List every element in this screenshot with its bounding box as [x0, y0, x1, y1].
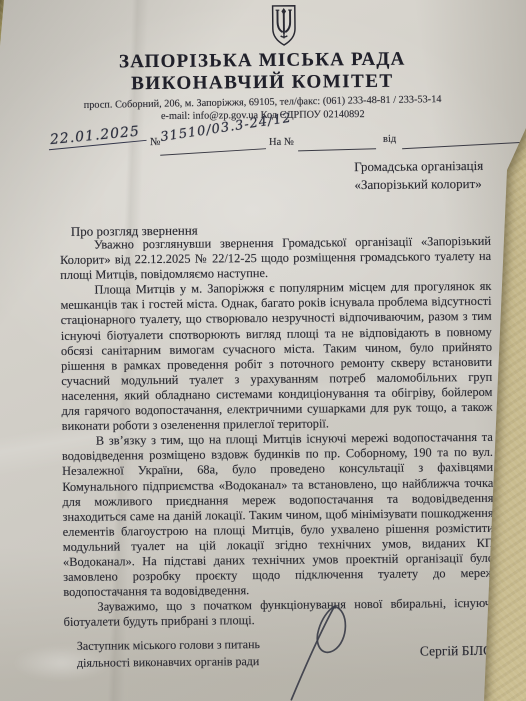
paper-shadow: ЗАПОРІЗЬКА МІСЬКА РАДА ВИКОНАВЧИЙ КОМІТЕ… [0, 0, 526, 701]
signer-position: Заступник міського голови з питань діяль… [77, 636, 297, 671]
document-paper: ЗАПОРІЗЬКА МІСЬКА РАДА ВИКОНАВЧИЙ КОМІТЕ… [0, 0, 526, 701]
trident-emblem-icon [267, 2, 301, 50]
addressee-block: Громадська організація «Запорізький коло… [354, 157, 483, 194]
handwritten-signature [274, 597, 370, 701]
photo-background: ЗАПОРІЗЬКА МІСЬКА РАДА ВИКОНАВЧИЙ КОМІТЕ… [0, 0, 526, 701]
form-line [298, 147, 376, 151]
addressee-line1: Громадська організація [354, 157, 483, 176]
incoming-number-label: На № [269, 137, 294, 148]
body-paragraph: Уважно розглянувши звернення Громадської… [60, 234, 491, 283]
from-date-label: від [383, 134, 396, 145]
number-sign-label: № [150, 136, 161, 148]
form-line [402, 141, 520, 149]
letter-content: ЗАПОРІЗЬКА МІСЬКА РАДА ВИКОНАВЧИЙ КОМІТЕ… [0, 0, 526, 701]
body-paragraph: Площа Митців у м. Запоріжжя є популярним… [60, 279, 492, 434]
letter-body: Уважно розглянувши звернення Громадської… [60, 234, 495, 631]
form-line [160, 147, 266, 156]
signer-position-line2: діяльності виконавчих органів ради [77, 652, 297, 671]
signer-name: Сергій БІЛОВ [420, 643, 502, 660]
body-paragraph: В зв’язку з тим, що на площі Митців існу… [62, 430, 495, 600]
organization-department: ВИКОНАВЧИЙ КОМІТЕТ [0, 69, 526, 96]
handwritten-date: 22.01.2025 [47, 123, 146, 150]
addressee-line2: «Запорізький колорит» [354, 175, 483, 194]
